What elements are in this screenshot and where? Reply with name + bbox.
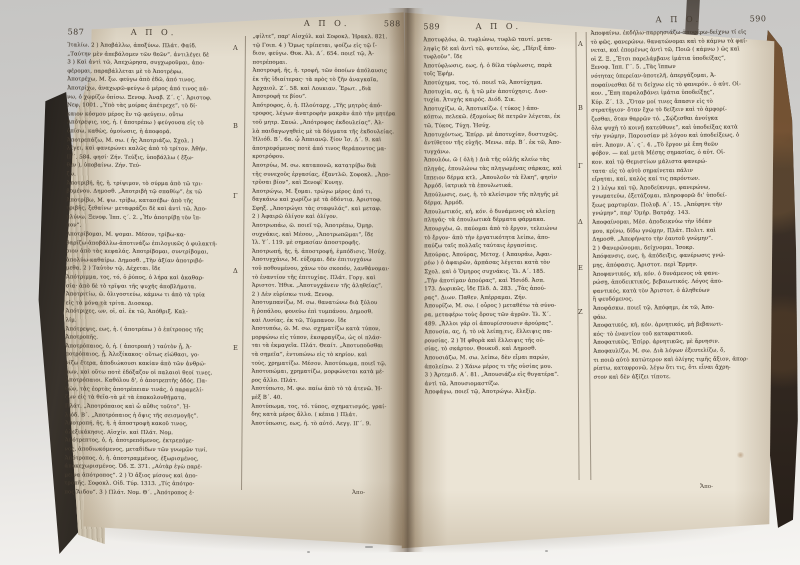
text-line: Ἀποτυφλόω, ῶ. τυφλώνω, τυφλῶ ταυτί. μετα… [423, 36, 573, 45]
text-line: Ἡλιόδ. Β΄. 6α. ᾧ Ἀππιανῷ. ξίον Ἰσ. Δ΄. 9… [252, 136, 400, 145]
text-line: ἵππειον δέρμα κτλ. „Ἀπουλοῦν τὰ ἕλκη“, φ… [424, 173, 574, 182]
text-line: Ἀπουλωτικός, κή, κόν. ὁ δυνάμενος νὰ κλε… [424, 208, 574, 217]
text-line: τοῦ ποθουμένου, χάνω τὸν σκοπόν, λανθάνο… [252, 265, 400, 274]
text-line: Ἀπουσία, ας, ἡ. τὸ νὰ λείπῃ τις, ἔλλειψι… [424, 328, 574, 337]
section-letter: Ζ [578, 308, 583, 316]
column-text: Ἀποφαίνω. ἐκδήλω-παρρησιάζω-ἀποφέρω-δείχ… [591, 28, 770, 382]
running-title: Α Π Ο. [453, 21, 543, 31]
text-line: δης κατὰ μέρος ἄλλο. ( κέπια ) Πλάτ. [251, 411, 399, 420]
text-line: Ἀπούρας, Ἀπούρας, Μετοχ. ( Ἀπαυράω, Ἀφαι… [424, 251, 574, 260]
dust-speck [545, 550, 548, 552]
running-title: Α Π Ο. [283, 18, 371, 28]
text-line: πος Ἅιδου“. 3 ) Πλάτ. Νομ. Θ΄. „Ἀπότροπο… [64, 488, 236, 498]
text-line: κόπτω, πελεκῶ. ἐξομοίως δὲ πετρῶν λέγετα… [424, 113, 574, 122]
text-line: Ἰλ. Υ΄. 119. μὲ σημασίαν ἀποστροφῆς. [252, 239, 400, 248]
text-line: τοῦ μητρ. Σαυώ. „Ἀπότροφος ἐκδουλείας“. … [252, 119, 400, 128]
text-line: ἀντίθετον τῆς εὐχῆς. Μενω. πέρ. Β΄. ἐκ τ… [424, 139, 574, 148]
column-587: 587 Α Π Ο. Ἰταλίω. 2 ) Ἀποβάλλω, ἀποξύνω… [64, 23, 239, 498]
text-line: Ἀπούλωσις, εως, ἡ. τὸ κλείσιμον τῆς πληγ… [424, 190, 574, 199]
text-line: μὲξ Β΄. 40. [251, 394, 399, 403]
section-letter: Δ [578, 218, 583, 226]
text-line: Ἀποτρύω, Μ. σω. καταπονῶ, κατατρίβω διὰ [252, 162, 400, 171]
running-title: Α Π Ο. [98, 27, 210, 38]
page-number: 587 [68, 27, 98, 36]
text-line: Ἀποτύφλωσις, εως, ἡ. ὁ δίλα τύφλωσις, πα… [423, 62, 573, 71]
text-line: τὰ σημεῖα“, ἐντυπώνω εἰς τὸ κηρίον. καὶ [252, 351, 400, 360]
text-line: Ἀπουρίζω, Μ. σω. ( οὖρος ) μεταθέτω τὰ σ… [424, 302, 574, 311]
page-number: 590 [736, 14, 766, 23]
column-text: Ἀποτυφλόω, ῶ. τυφλώνω, τυφλῶ ταυτί. μετα… [423, 36, 574, 397]
text-line: Ἀποτυπόω, ῶ. Μ. σω. σχηματίζω κατὰ τύπον… [252, 325, 400, 334]
column-589: 589 Α Π Ο. Ἀποτυφλόω, ῶ. τυφλώνω, τυφλῶ … [423, 18, 574, 397]
section-letter: Δ [233, 267, 238, 275]
section-letters-right-page: ΑΒΓΔΕΖ [578, 32, 590, 480]
text-line: ἢ ῥοπάλου, φονεύω ἐπὶ τυμπάνου. Δημοσθ. [252, 308, 400, 317]
text-line: Ἀπουργέω, ῶ. παύομαι ἀπὸ τὸ ἔργον, τελει… [424, 225, 574, 234]
catchword-right-page: Ἄπο- [700, 484, 713, 490]
text-line: πληγάς, ἐπουλώνω τὰς πληγωμένας σάρκας, … [424, 165, 574, 174]
section-letter: Ε [578, 264, 583, 272]
text-line: Ἀριστοτ. Ἠθικ. „Ἀποτυγχάνειν τῆς ἀληθεία… [252, 282, 400, 291]
section-letter: Α [578, 40, 583, 48]
dust-speck [365, 546, 373, 548]
text-line: Ἀποτυπώμαι, χρηματίζω, μορφώνεται κατὰ μ… [251, 368, 399, 377]
column-text: Ἰταλίω. 2 ) Ἀποβάλλω, ἀποξύνω. Πλάτ. Φαί… [64, 41, 239, 498]
section-letters-left-page: ΑΒΓΔΕ [233, 36, 245, 490]
photo-of-open-book: 587 Α Π Ο. Ἰταλίω. 2 ) Ἀποβάλλω, ἀποξύνω… [0, 0, 800, 565]
text-line: στον καὶ δὲν ἀξίζει τίποτε. [594, 372, 770, 382]
section-letter: Β [233, 122, 238, 130]
text-line: „φίλτε“, παρ' Αἰσχύλ. καὶ Σοφοκλ. Ἡρακλ.… [253, 33, 401, 42]
text-line: πλύνω. Ξενοφ. Ἱππ. ς΄. 2. „Ἦν ἀποτρίβῃ τ… [66, 213, 238, 223]
column-header: 587 Α Π Ο. [68, 23, 240, 37]
text-line: Ἀποτροφῆ τε βίου“. [252, 93, 400, 102]
text-line: Ἀπότριχες, ων, οἱ, αἱ. ἐκ τῶ, Ἀπόθριξ. Κ… [66, 308, 238, 318]
text-line: 3 ) Ἀρτεμιδ. Α΄. 81. „Ἀπουσιάζω εἰς θυγα… [425, 371, 575, 380]
text-line: δαγκάνω καὶ χωρίζω μὲ τὰ ὀδόντια. Ἀριστο… [252, 196, 400, 205]
text-line: Ἀποφάγω, ποιεῖ τῷ, Ἀποτρώγω. Ἀλεξίρ. [425, 388, 575, 397]
page-number: 588 [371, 19, 401, 28]
column-590: Α Π Ο. 590 Ἀποφαίνω. ἐκδήλω-παρρησιάζω-ἀ… [590, 10, 769, 382]
column-text: „φίλτε“, παρ' Αἰσχύλ. καὶ Σοφοκλ. Ἡρακλ.… [251, 33, 400, 429]
section-letter: Β [578, 104, 583, 112]
dust-speck [307, 551, 310, 553]
text-line: ἐκ τῆς ἰδιαίτερας· τὰ πρὸς τὸ ζῆν ἀναγκα… [252, 76, 400, 85]
text-line: Ἀποτρωπάω, ῶ. ποιεῖ τῷ, Ἀποτρέπω, Ὁμηρ. [252, 222, 400, 231]
section-letter: Α [233, 44, 238, 52]
column-header: 589 Α Π Ο. [423, 18, 573, 32]
section-letter: Ε [233, 344, 238, 352]
text-line: κροτρόφου. [252, 153, 400, 162]
catchword-left-page: Ἀπο- [352, 490, 365, 496]
page-number: 589 [423, 22, 453, 31]
text-line: Ἀποτύπωσις, εως, ἡ. τὸ αὐτό. Λεγγ. ΙΓ΄. … [251, 419, 399, 428]
text-line: διον, φεύγω. Θυκ. Ἀλ. Δ΄. 654. ποιεῖ τῷ,… [253, 50, 401, 59]
text-line: ληψὶς δὲ καὶ ἀντὶ τῶ, φυτεύω, ὡς, „Πέριξ… [423, 44, 573, 53]
text-line: τρῦσαι βίον“, καὶ Ξενοφ. Κυνηγ. [252, 179, 400, 188]
section-letter: Γ [578, 162, 583, 170]
section-letter: Γ [233, 192, 238, 200]
column-588: Α Π Ο. 588 „φίλτε“, παρ' Αἰσχύλ. καὶ Σοφ… [251, 15, 400, 429]
column-header: Α Π Ο. 588 [253, 15, 401, 29]
running-title: Α Π Ο. [620, 14, 736, 25]
column-header: Α Π Ο. 590 [590, 10, 766, 25]
